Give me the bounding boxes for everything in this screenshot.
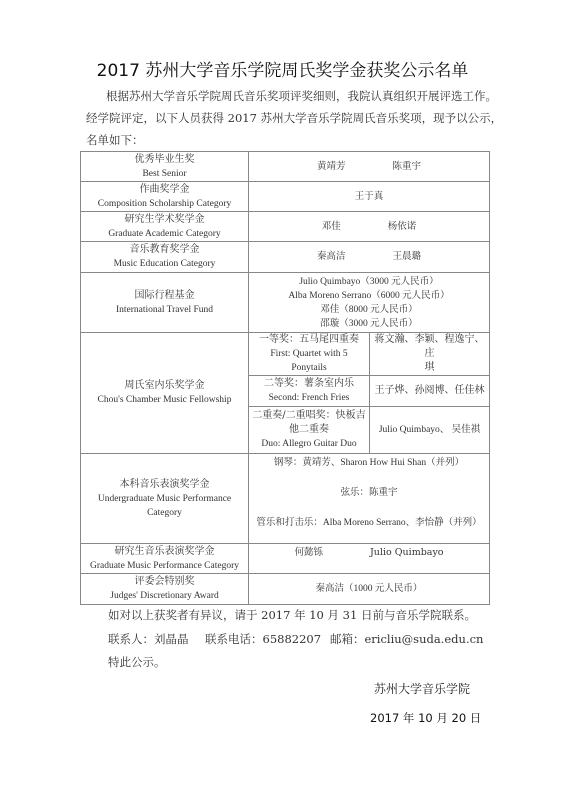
award-winners: 秦高洁 王晨璐 [249,242,490,273]
award-winners: 秦高洁（1000 元人民币） [249,574,490,605]
prize-name: 一等奖：五马尾四重奏 First: Quartet with 5 Ponytai… [249,333,370,376]
prize-en: First: Quartet with 5 [251,347,367,361]
intro-line-2: 经学院评定，以下人员获得 2017 苏州大学音乐学院周氏音乐奖项，现予以公示， [86,110,502,126]
table-row: 研究生学术奖学金 Graduate Academic Category 邓佳 杨… [81,212,490,242]
category-cn: 研究生学术奖学金 [83,213,246,227]
document-title: 2017 苏州大学音乐学院周氏奖学金获奖公示名单 [0,56,565,81]
prize-cn: 一等奖：五马尾四重奏 [251,333,367,347]
winner-name: 陈重宇 [393,160,422,174]
winner-line: 琪 [372,361,487,375]
category-cn: 优秀毕业生奖 [83,153,246,167]
category-cn: 研究生音乐表演奖学金 [83,545,246,559]
category-cn: 周氏室内乐奖学金 [83,379,246,393]
award-winners: 钢琴：黄靖芳、Sharon How Hui Shan（并列） 弦乐：陈重宇 管乐… [249,454,490,544]
category-cn: 国际行程基金 [83,289,246,303]
category-en: Graduate Music Performance Category [83,559,246,573]
prize-cn: 他二重奏 [251,423,367,437]
winner-line: Alba Moreno Serrano（6000 元人民币） [251,289,487,303]
category-en: Composition Scholarship Category [83,197,246,211]
prize-winners: 王子烨、孙阅博、任佳林 [370,376,490,407]
award-winners: Julio Quimbayo（3000 元人民币） Alba Moreno Se… [249,273,490,333]
winner-name: 杨依诺 [388,220,417,234]
category-en: Judges' Discretionary Award [83,589,246,603]
winner-line: Julio Quimbayo（3000 元人民币） [251,275,487,289]
signature-org: 苏州大学音乐学院 [374,680,470,697]
category-en: Graduate Academic Category [83,227,246,241]
award-category: 周氏室内乐奖学金 Chou's Chamber Music Fellowship [81,333,249,454]
contact-phone: 联系电话：65882207 [205,631,321,647]
winner-line: 邵璇（3000 元人民币） [251,317,487,331]
category-en: Music Education Category [83,257,246,271]
category-cn: 作曲奖学金 [83,183,246,197]
prize-en: Ponytails [251,361,367,375]
award-winners: 何懿铄 Julio Quimbayo [249,544,490,574]
award-category: 作曲奖学金 Composition Scholarship Category [81,182,249,212]
winner-line: 邓佳（8000 元人民币） [251,303,487,317]
objection-notice: 如对以上获奖者有异议，请于 2017 年 10 月 31 日前与音乐学院联系。 [108,607,476,623]
table-row: 作曲奖学金 Composition Scholarship Category 王… [81,182,490,212]
intro-line-1: 根据苏州大学音乐学院周氏音乐奖项评奖细则，我院认真组织开展评选工作。 [106,88,497,104]
table-row: 周氏室内乐奖学金 Chou's Chamber Music Fellowship… [81,333,490,376]
winner-name: 秦高洁 [317,250,346,264]
award-category: 国际行程基金 International Travel Fund [81,273,249,333]
table-row: 国际行程基金 International Travel Fund Julio Q… [81,273,490,333]
award-category: 本科音乐表演奖学金 Undergraduate Music Performanc… [81,454,249,544]
winner-line: 蒋文瀚、李颖、程逸宁、庄 [372,333,487,361]
category-cn: 本科音乐表演奖学金 [83,478,246,492]
award-category: 研究生音乐表演奖学金 Graduate Music Performance Ca… [81,544,249,574]
winner-name: Julio Quimbayo [370,546,444,560]
prize-winners: 蒋文瀚、李颖、程逸宁、庄 琪 [370,333,490,376]
category-en: Undergraduate Music Performance [83,492,246,506]
intro-line-3: 名单如下： [86,132,144,148]
winner-line: Julio Quimbayo、 吴佳祺 [372,423,487,437]
category-en: International Travel Fund [83,303,246,317]
award-category: 音乐教育奖学金 Music Education Category [81,242,249,273]
category-cn: 评委会特别奖 [83,575,246,589]
award-category: 优秀毕业生奖 Best Senior [81,152,249,182]
winner-line: 管乐和打击乐：Alba Moreno Serrano、李怡静（并列） [251,516,487,530]
category-en: Best Senior [83,167,246,181]
contact-person: 联系人：刘晶晶 [108,631,189,647]
table-row: 音乐教育奖学金 Music Education Category 秦高洁 王晨璐 [81,242,490,273]
winner-name: 王于真 [355,190,384,204]
signature-date: 2017 年 10 月 20 日 [370,710,481,726]
award-winners: 王于真 [249,182,490,212]
table-row: 评委会特别奖 Judges' Discretionary Award 秦高洁（1… [81,574,490,605]
table-row: 本科音乐表演奖学金 Undergraduate Music Performanc… [81,454,490,544]
winner-name: 王晨璐 [393,250,422,264]
prize-name: 二重奏/二重唱奖：快板吉 他二重奏 Duo: Allegro Guitar Du… [249,407,370,454]
award-category: 评委会特别奖 Judges' Discretionary Award [81,574,249,605]
prize-en: Duo: Allegro Guitar Duo [251,437,367,451]
prize-en: Second: French Fries [251,391,367,405]
winner-name: 黄靖芳 [317,160,346,174]
prize-cn: 二等奖：薯条室内乐 [251,377,367,391]
winner-line: 王子烨、孙阅博、任佳林 [372,384,487,398]
table-row: 研究生音乐表演奖学金 Graduate Music Performance Ca… [81,544,490,574]
prize-name: 二等奖：薯条室内乐 Second: French Fries [249,376,370,407]
prize-cn: 二重奏/二重唱奖：快板吉 [251,409,367,423]
category-cn: 音乐教育奖学金 [83,243,246,257]
contact-email[interactable]: 邮箱：ericliu@suda.edu.cn [330,631,483,647]
prize-winners: Julio Quimbayo、 吴佳祺 [370,407,490,454]
notice-closing: 特此公示。 [108,654,166,670]
winner-name: 邓佳 [322,220,341,234]
winner-line: 弦乐：陈重宇 [251,486,487,516]
winner-line: 钢琴：黄靖芳、Sharon How Hui Shan（并列） [251,456,487,486]
award-winners: 邓佳 杨依诺 [249,212,490,242]
winner-name: 何懿铄 [294,546,323,560]
category-en: Category [83,506,246,520]
awards-table: 优秀毕业生奖 Best Senior 黄靖芳 陈重宇 作曲奖学金 Composi… [80,151,490,605]
award-category: 研究生学术奖学金 Graduate Academic Category [81,212,249,242]
category-en: Chou's Chamber Music Fellowship [83,393,246,407]
table-row: 优秀毕业生奖 Best Senior 黄靖芳 陈重宇 [81,152,490,182]
award-winners: 黄靖芳 陈重宇 [249,152,490,182]
winner-line: 秦高洁（1000 元人民币） [251,582,487,596]
